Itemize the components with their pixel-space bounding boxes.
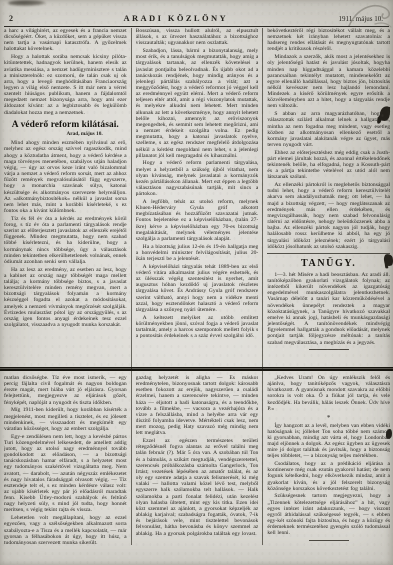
paragraph: Mind ahogy minden eszmében nyilvánul az … <box>4 140 127 214</box>
paragraph: Szükségesnek tartom megjegyezni, hogy a … <box>267 493 390 536</box>
short-rule <box>309 540 349 541</box>
lower-body-col1: matlan dicsőségbe. Tíz éve most ismerik,… <box>4 375 127 545</box>
masthead-title: ARADI KÖZLÖNY <box>13 13 339 23</box>
paragraph: A keltezett melyiket az utóbb említett k… <box>136 315 259 340</box>
paragraph: Míg 1911-ben kiderült, hogy korábban kís… <box>4 407 127 432</box>
page-number: 2 <box>4 14 13 23</box>
paragraph: a harc a világhírért, az egyesek és a fr… <box>4 28 127 53</box>
paragraph: Hogy a halottak sorába nemcsak kicsiny p… <box>4 54 127 116</box>
column-left: a harc a világhírért, az egyesek és a fr… <box>4 28 131 545</box>
article-continuation: a harc a világhírért, az egyesek és a fr… <box>4 28 127 116</box>
paragraph: A képviselőházi tárgyalás tehát 1889-ben… <box>136 264 259 313</box>
column-middle-lower: gazdag helyzetét is aligha — És máskor e… <box>136 375 259 545</box>
text-columns: a harc a világhírért, az egyesek és a fr… <box>4 28 390 545</box>
section-heading-tanugy: TANÜGY. <box>267 258 390 269</box>
article-body-col2: Bosszúsan, vissza hullott alulról, az el… <box>136 28 259 339</box>
article-body-col3: bekövetkeztéről régi biztosítékot vállal… <box>267 28 390 250</box>
issue-date: 1911. május 10. <box>339 15 389 23</box>
short-rule <box>309 349 349 350</box>
paragraph: Ha az lesz az eredmény, az esetben az le… <box>4 267 127 329</box>
paragraph: Hogy a véderő reform parlamenti tárgyalá… <box>136 160 259 197</box>
paragraph: Lehetetlen volt megállapítani, hogy az e… <box>4 515 127 545</box>
paragraph: bekövetkeztéről régi biztosítékot vállal… <box>267 28 390 53</box>
column-left-upper: a harc a világhírért, az egyesek és a fr… <box>4 28 127 367</box>
paragraph: Ehhez az előterjesztéshez még eddig csak… <box>267 150 390 181</box>
paragraph: Tíz és fél év óta a kérdés az eredmények… <box>4 216 127 265</box>
article-dateline: Arad, május 10. <box>4 131 127 137</box>
paragraph: Mindazok a szerzők, akik most a jelentés… <box>267 54 390 109</box>
paragraph: Egy-e zendülésen nem lett, hogy a kevésb… <box>4 434 127 514</box>
corner-smudge <box>8 0 46 6</box>
paragraph: Így hangzott az a levél, melyben van ebb… <box>267 423 390 460</box>
column-right: bekövetkeztéről régi biztosítékot vállal… <box>263 28 390 545</box>
column-middle-upper: Bosszúsan, vissza hullott alulról, az el… <box>136 28 259 367</box>
column-right-upper: bekövetkeztéről régi biztosítékot vállal… <box>267 28 390 367</box>
paragraph: gazdag helyzetét is aligha — És máskor e… <box>136 375 259 437</box>
column-left-lower: matlan dicsőségbe. Tíz éve most ismerik,… <box>4 375 127 545</box>
header-rule <box>4 26 389 27</box>
heavy-section-divider <box>0 367 393 371</box>
column-middle: Bosszúsan, vissza hullott alulról, az el… <box>131 28 264 545</box>
paragraph: Szabadjon, lássa, bármi a bizonytalanság… <box>136 48 259 159</box>
paragraph: A legfőbb, tehát az utolsó reform, melyn… <box>136 199 259 242</box>
paragraph: 1—3. hét Misére a hadi beosztásban. Az a… <box>267 272 390 346</box>
tanugy-body: 1—3. hét Misére a hadi beosztásban. Az a… <box>267 272 390 346</box>
article-headline: A véderő reform kilátásai. <box>4 120 127 131</box>
reader-letter-quote: „Kedves Uram! Ön úgy emlékszik felől és … <box>267 375 390 412</box>
paragraph: Az ellenzéki pártokról is meglehetős biz… <box>267 182 390 250</box>
newspaper-page-scan: 2 ARADI KÖZLÖNY 1911. május 10. a harc a… <box>0 0 393 565</box>
article-body-col1: Mind ahogy minden eszmében nyilvánul az … <box>4 140 127 328</box>
asterisk-separator: * <box>267 414 390 422</box>
lower-body-col3: Így hangzott az a levél, melyben van ebb… <box>267 423 390 537</box>
column-right-lower: „Kedves Uram! Ön úgy emlékszik felől és … <box>267 375 390 545</box>
paragraph: Bosszúsan, vissza hullott alulról, az el… <box>136 28 259 46</box>
section-divider-rule <box>267 253 390 254</box>
paragraph: S abban az arra magyarázhatóban, hogy a … <box>267 111 390 148</box>
lower-body-col2: gazdag helyzetét is aligha — És máskor e… <box>136 375 259 537</box>
paragraph: Ha a bizottság julius 12-én és 19-én hal… <box>136 244 259 262</box>
page-header: 2 ARADI KÖZLÖNY 1911. május 10. <box>4 13 389 25</box>
paragraph: Ezzel az egészen természetes területi ré… <box>136 438 259 537</box>
paragraph: matlan dicsőségbe. Tíz éve most ismerik,… <box>4 375 127 406</box>
paragraph: Csodálatos, hogy az a prédikáció eljárás… <box>267 461 390 492</box>
